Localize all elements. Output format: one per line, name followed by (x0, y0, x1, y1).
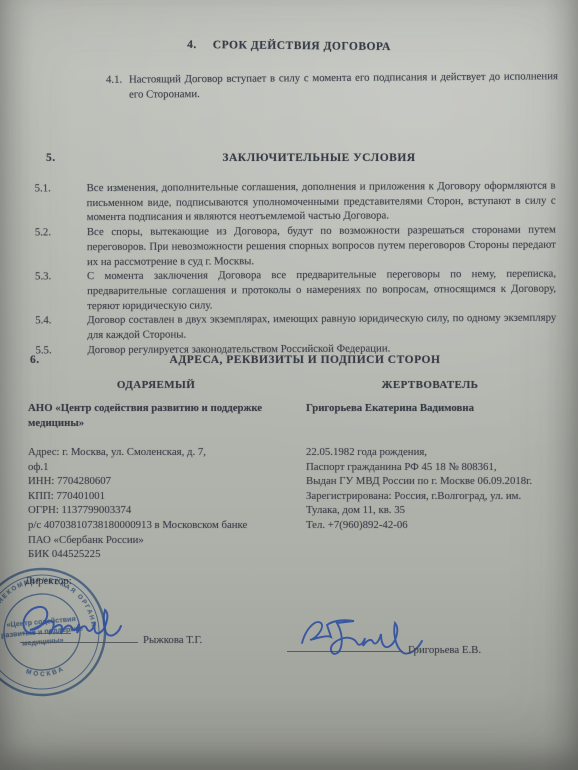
donee-account: р/с 40703810738180000913 в Московском ба… (28, 518, 284, 533)
section5-clauses: 5.1. Все изменения, дополнительные согла… (35, 179, 557, 358)
party-donor-column: ЖЕРТВОВАТЕЛЬ Григорьева Екатерина Вадимо… (302, 379, 558, 562)
donee-ogrn: ОГРН: 1137799003374 (28, 503, 284, 518)
donor-passport-issued: Выдан ГУ МВД России по г. Москве 06.09.2… (306, 474, 558, 489)
party-donee-column: ОДАРЯЕМЫЙ АНО «Центр содействия развитию… (28, 379, 284, 562)
clause-5-2-text: Все споры, вытекающие из Договора, будут… (87, 223, 556, 270)
party-donee-name: АНО «Центр содействия развитию и поддерж… (28, 401, 284, 445)
clause-5-4: 5.4. Договор составлен в двух экземпляра… (35, 311, 556, 343)
clause-5-1-number: 5.1. (35, 181, 87, 225)
clause-5-2-number: 5.2. (35, 225, 87, 269)
director-name: Рыжкова Т.Г. (143, 634, 202, 646)
party-donee-role: ОДАРЯЕМЫЙ (28, 379, 284, 401)
stamp-city-text: МОСКВА (25, 665, 67, 680)
section4-number: 4. (187, 39, 197, 51)
clause-4-1-number: 4.1. (106, 73, 129, 103)
signature-line-left (20, 642, 138, 643)
clause-4-1: 4.1. Настоящий Договор вступает в силу с… (106, 69, 558, 102)
donee-address-line1: Адрес: г. Москва, ул. Смоленская, д. 7, (28, 445, 284, 460)
section4-heading: 4.СРОК ДЕЙСТВИЯ ДОГОВОРА (0, 37, 578, 55)
contract-photo-page: 4.СРОК ДЕЙСТВИЯ ДОГОВОРА 4.1. Настоящий … (0, 0, 578, 770)
section4-title: СРОК ДЕЙСТВИЯ ДОГОВОРА (213, 39, 391, 53)
donor-signature-name: Григорьева Е.В. (408, 644, 481, 656)
donee-kpp: КПП: 770401001 (28, 489, 284, 504)
clause-5-3-number: 5.3. (35, 269, 87, 313)
section5-number: 5. (46, 152, 56, 164)
clause-5-4-number: 5.4. (35, 313, 87, 343)
clause-5-4-text: Договор составлен в двух экземплярах, им… (87, 311, 556, 343)
donor-registration-line1: Зарегистрирована: Россия, г.Волгоград, у… (306, 489, 558, 504)
party-donor-details: 22.05.1982 года рождения, Паспорт гражда… (302, 445, 558, 533)
clause-5-3-text: С момента заключения Договора все предва… (87, 267, 556, 314)
party-donor-name: Григорьева Екатерина Вадимовна (302, 401, 558, 445)
section5-title: ЗАКЛЮЧИТЕЛЬНЫЕ УСЛОВИЯ (60, 152, 578, 164)
clause-5-1-text: Все изменения, дополнительные соглашения… (87, 179, 556, 226)
donee-bank: ПАО «Сбербанк России» (28, 533, 284, 548)
parties-requisites: ОДАРЯЕМЫЙ АНО «Центр содействия развитию… (28, 379, 558, 562)
signature-ryzhkova (18, 593, 130, 649)
signature-strike-line (21, 633, 71, 634)
section6-title: АДРЕСА, РЕКВИЗИТЫ И ПОДПИСИ СТОРОН (40, 354, 570, 366)
donor-registration-line2: Тулака, дом 11, кв. 35 (306, 503, 558, 518)
donor-passport: Паспорт гражданина РФ 45 18 № 808361, (306, 460, 558, 475)
party-donor-role: ЖЕРТВОВАТЕЛЬ (302, 379, 558, 401)
clause-5-3: 5.3. С момента заключения Договора все п… (35, 267, 556, 314)
donor-phone: Тел. +7(960)892-42-06 (306, 518, 558, 533)
donor-birthdate: 22.05.1982 года рождения, (306, 445, 558, 460)
donee-inn: ИНН: 7704280607 (28, 474, 284, 489)
clause-4-1-text: Настоящий Договор вступает в силу с моме… (129, 69, 558, 102)
signature-line-right (287, 651, 403, 652)
donee-address-line2: оф.1 (28, 460, 284, 475)
party-donee-details: Адрес: г. Москва, ул. Смоленская, д. 7, … (28, 445, 284, 562)
clause-5-2: 5.2. Все споры, вытекающие из Договора, … (35, 223, 556, 270)
svg-text:МОСКВА: МОСКВА (25, 665, 67, 680)
clause-5-1: 5.1. Все изменения, дополнительные согла… (35, 179, 556, 226)
section6-number: 6. (30, 354, 40, 366)
